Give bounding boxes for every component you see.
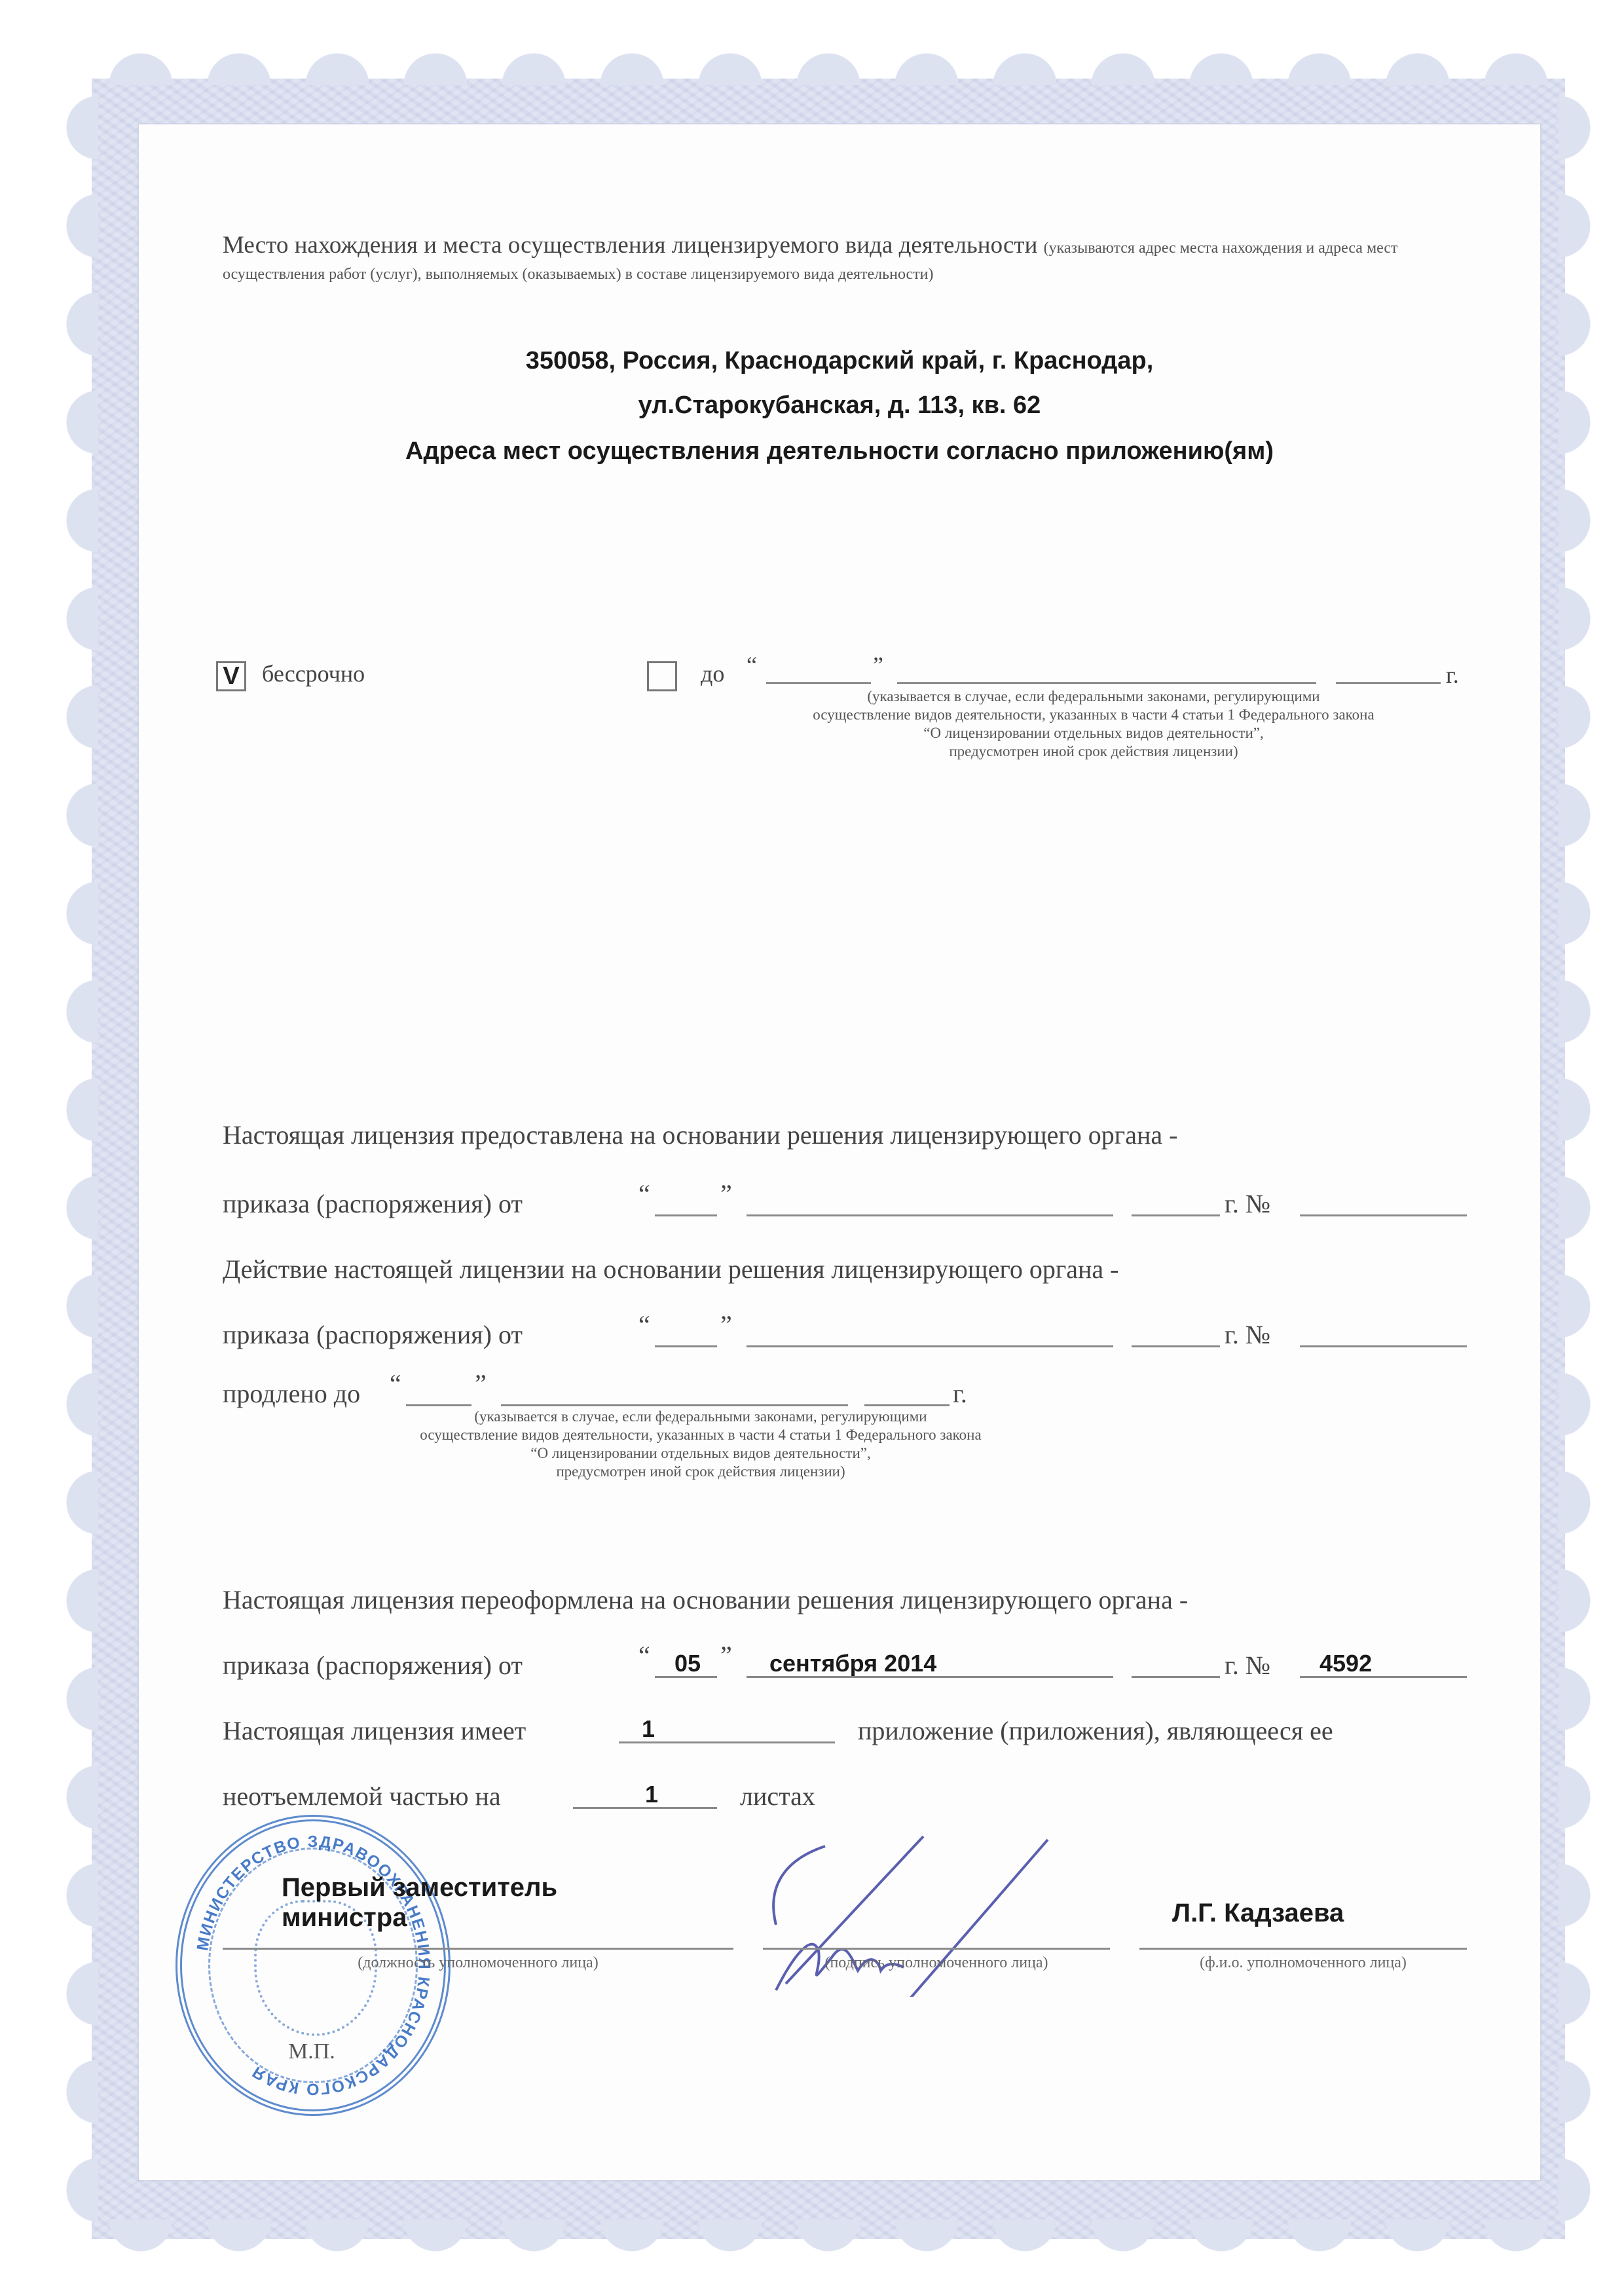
reissued-year-label: г. №	[1225, 1650, 1270, 1681]
border-scallops-top	[92, 26, 1565, 85]
extended-until-day-field[interactable]	[406, 1404, 471, 1406]
granted-month-field[interactable]	[747, 1214, 1113, 1216]
until-note: (указывается в случае, если федеральными…	[694, 687, 1493, 761]
border-scallops-bottom	[92, 2219, 1565, 2278]
reissued-number-field[interactable]	[1300, 1676, 1467, 1678]
activity-addresses: Адреса мест осуществления деятельности с…	[139, 437, 1540, 465]
position-caption: (должность уполномоченного лица)	[223, 1954, 733, 1972]
extended-year-field[interactable]	[1132, 1345, 1220, 1347]
reissued-month: сентября 2014	[769, 1650, 936, 1677]
location-heading-block: Место нахождения и места осуществления л…	[223, 232, 1480, 285]
until-label: до	[701, 660, 724, 687]
until-open-quote: “	[747, 651, 757, 679]
extended-text: Действие настоящей лицензии на основании…	[223, 1254, 1119, 1285]
extended-month-field[interactable]	[747, 1345, 1113, 1347]
extended-note: (указывается в случае, если федеральными…	[301, 1408, 1100, 1481]
granted-number-field[interactable]	[1300, 1214, 1467, 1216]
appendix-count-field[interactable]	[619, 1741, 835, 1743]
extended-until-label: продлено до	[223, 1378, 360, 1409]
until-month-line[interactable]	[897, 682, 1316, 684]
granted-year-field[interactable]	[1132, 1214, 1220, 1216]
border-scallops-right	[1559, 79, 1617, 2239]
name-line	[1139, 1948, 1467, 1950]
reissued-year-field[interactable]	[1132, 1676, 1220, 1678]
appendix-sheets-label: листах	[740, 1781, 815, 1812]
extended-year-label: г. №	[1225, 1319, 1270, 1350]
signature-line	[763, 1948, 1110, 1950]
address-line-2: ул.Старокубанская, д. 113, кв. 62	[139, 392, 1540, 420]
signer-name: Л.Г. Кадзаева	[1172, 1899, 1344, 1928]
location-heading: Место нахождения и места осуществления л…	[223, 232, 1037, 259]
reissued-month-field[interactable]	[747, 1676, 1113, 1678]
extended-until-year-suffix: г.	[953, 1378, 967, 1409]
reissued-day: 05	[674, 1650, 701, 1677]
appendix-sheets: 1	[645, 1781, 658, 1808]
reissued-text: Настоящая лицензия переоформлена на осно…	[223, 1584, 1188, 1615]
border-scallops-left	[39, 79, 98, 2239]
extended-order-label: приказа (распоряжения) от	[223, 1319, 523, 1350]
until-year-line[interactable]	[1336, 682, 1441, 684]
extended-until-year-field[interactable]	[864, 1404, 950, 1406]
appendix-middle: приложение (приложения), являющееся ее	[858, 1715, 1333, 1746]
appendix-sheets-field[interactable]	[573, 1807, 717, 1809]
reissued-number: 4592	[1319, 1650, 1372, 1677]
reissued-day-field[interactable]	[655, 1676, 717, 1678]
extended-number-field[interactable]	[1300, 1345, 1467, 1347]
granted-order-label: приказа (распоряжения) от	[223, 1188, 523, 1219]
name-caption: (ф.и.о. уполномоченного лица)	[1139, 1954, 1467, 1972]
granted-day-field[interactable]	[655, 1214, 717, 1216]
appendix-part-label: неотъемлемой частью на	[223, 1781, 501, 1812]
until-close-quote: ”	[873, 651, 883, 679]
stamp-mark: М.П.	[288, 2039, 335, 2064]
until-day-line[interactable]	[766, 682, 871, 684]
granted-text: Настоящая лицензия предоставлена на осно…	[223, 1120, 1177, 1150]
until-year-suffix: г.	[1446, 661, 1459, 689]
appendix-count: 1	[642, 1715, 655, 1743]
reissued-order-label: приказа (распоряжения) от	[223, 1650, 523, 1681]
address-line-1: 350058, Россия, Краснодарский край, г. К…	[139, 347, 1540, 375]
until-checkbox[interactable]	[647, 661, 677, 691]
granted-year-label: г. №	[1225, 1188, 1270, 1219]
indefinite-label: бессрочно	[262, 660, 365, 687]
extended-day-field[interactable]	[655, 1345, 717, 1347]
indefinite-checkbox[interactable]: V	[216, 661, 246, 691]
appendix-prefix: Настоящая лицензия имеет	[223, 1715, 526, 1746]
extended-until-month-field[interactable]	[501, 1404, 848, 1406]
signature-caption: (подпись уполномоченного лица)	[763, 1954, 1110, 1972]
position-line	[223, 1948, 733, 1950]
signer-position: Первый заместитель министра	[282, 1872, 557, 1933]
